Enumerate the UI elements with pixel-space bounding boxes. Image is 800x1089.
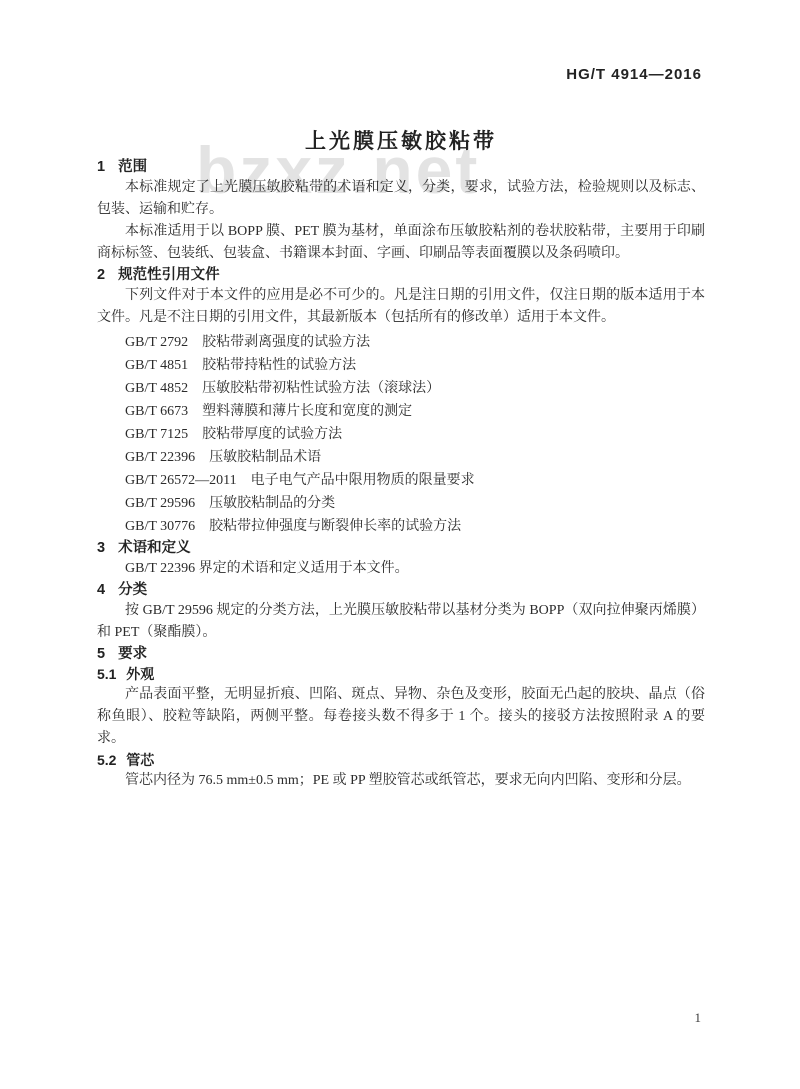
section-3-heading: 3术语和定义 <box>97 538 705 558</box>
document-page: bzxz.net HG/T 4914—2016 上光膜压敏胶粘带 1范围 本标准… <box>0 0 800 1089</box>
reference-item: GB/T 30776胶粘带拉伸强度与断裂伸长率的试验方法 <box>125 515 705 538</box>
section-4-title: 分类 <box>118 582 147 598</box>
section-5-1-number: 5.1 <box>97 666 116 682</box>
reference-title: 压敏胶粘制品的分类 <box>209 496 335 511</box>
document-content: 上光膜压敏胶粘带 1范围 本标准规定了上光膜压敏胶粘带的术语和定义，分类，要求，… <box>0 0 800 792</box>
section-4-number: 4 <box>97 582 105 598</box>
section-3-title: 术语和定义 <box>118 540 191 556</box>
section-1-heading: 1范围 <box>97 157 705 177</box>
reference-item: GB/T 4851胶粘带持粘性的试验方法 <box>125 354 705 377</box>
reference-code: GB/T 6673 <box>125 404 188 419</box>
reference-title: 电子电气产品中限用物质的限量要求 <box>251 473 475 488</box>
page-number: 1 <box>695 1010 702 1026</box>
reference-title: 压敏胶粘制品术语 <box>209 450 321 465</box>
section-3-number: 3 <box>97 540 105 556</box>
section-4-paragraph-1: 按 GB/T 29596 规定的分类方法，上光膜压敏胶粘带以基材分类为 BOPP… <box>97 600 705 644</box>
section-5-heading: 5要求 <box>97 644 705 664</box>
reference-title: 压敏胶粘带初粘性试验方法（滚球法） <box>202 381 440 396</box>
reference-code: GB/T 29596 <box>125 496 195 511</box>
section-4-heading: 4分类 <box>97 580 705 600</box>
reference-item: GB/T 2792胶粘带剥离强度的试验方法 <box>125 331 705 354</box>
reference-title: 胶粘带剥离强度的试验方法 <box>202 335 370 350</box>
section-2-title: 规范性引用文件 <box>118 267 220 283</box>
section-3-paragraph-1: GB/T 22396 界定的术语和定义适用于本文件。 <box>97 558 705 580</box>
reference-code: GB/T 4852 <box>125 381 188 396</box>
section-5-2-heading: 5.2管芯 <box>97 750 705 770</box>
reference-item: GB/T 4852压敏胶粘带初粘性试验方法（滚球法） <box>125 377 705 400</box>
section-2-paragraph-1: 下列文件对于本文件的应用是必不可少的。凡是注日期的引用文件，仅注日期的版本适用于… <box>97 285 705 329</box>
reference-item: GB/T 29596压敏胶粘制品的分类 <box>125 492 705 515</box>
section-5-2-number: 5.2 <box>97 752 116 768</box>
reference-code: GB/T 26572—2011 <box>125 473 237 488</box>
section-5-2-paragraph-1: 管芯内径为 76.5 mm±0.5 mm；PE 或 PP 塑胶管芯或纸管芯，要求… <box>97 770 705 792</box>
section-1-paragraph-2: 本标准适用于以 BOPP 膜、PET 膜为基材，单面涂布压敏胶粘剂的卷状胶粘带，… <box>97 221 705 265</box>
section-1-paragraph-1: 本标准规定了上光膜压敏胶粘带的术语和定义，分类，要求，试验方法，检验规则以及标志… <box>97 177 705 221</box>
reference-title: 塑料薄膜和薄片长度和宽度的测定 <box>202 404 412 419</box>
reference-title: 胶粘带持粘性的试验方法 <box>202 358 356 373</box>
reference-item: GB/T 6673塑料薄膜和薄片长度和宽度的测定 <box>125 400 705 423</box>
reference-code: GB/T 30776 <box>125 519 195 534</box>
reference-code: GB/T 7125 <box>125 427 188 442</box>
document-title: 上光膜压敏胶粘带 <box>97 0 705 157</box>
section-5-1-paragraph-1: 产品表面平整，无明显折痕、凹陷、斑点、异物、杂色及变形，胶面无凸起的胶块、晶点（… <box>97 684 705 750</box>
reference-code: GB/T 2792 <box>125 335 188 350</box>
reference-item: GB/T 22396压敏胶粘制品术语 <box>125 446 705 469</box>
section-1-number: 1 <box>97 159 105 175</box>
reference-title: 胶粘带拉伸强度与断裂伸长率的试验方法 <box>209 519 461 534</box>
reference-item: GB/T 26572—2011电子电气产品中限用物质的限量要求 <box>125 469 705 492</box>
reference-code: GB/T 22396 <box>125 450 195 465</box>
reference-item: GB/T 7125胶粘带厚度的试验方法 <box>125 423 705 446</box>
normative-references-list: GB/T 2792胶粘带剥离强度的试验方法 GB/T 4851胶粘带持粘性的试验… <box>97 331 705 538</box>
reference-title: 胶粘带厚度的试验方法 <box>202 427 342 442</box>
section-5-1-title: 外观 <box>126 666 154 682</box>
section-5-number: 5 <box>97 646 105 662</box>
section-1-title: 范围 <box>118 159 147 175</box>
section-2-heading: 2规范性引用文件 <box>97 265 705 285</box>
reference-code: GB/T 4851 <box>125 358 188 373</box>
section-5-title: 要求 <box>118 646 147 662</box>
section-5-2-title: 管芯 <box>126 752 154 768</box>
section-5-1-heading: 5.1外观 <box>97 664 705 684</box>
section-2-number: 2 <box>97 267 105 283</box>
